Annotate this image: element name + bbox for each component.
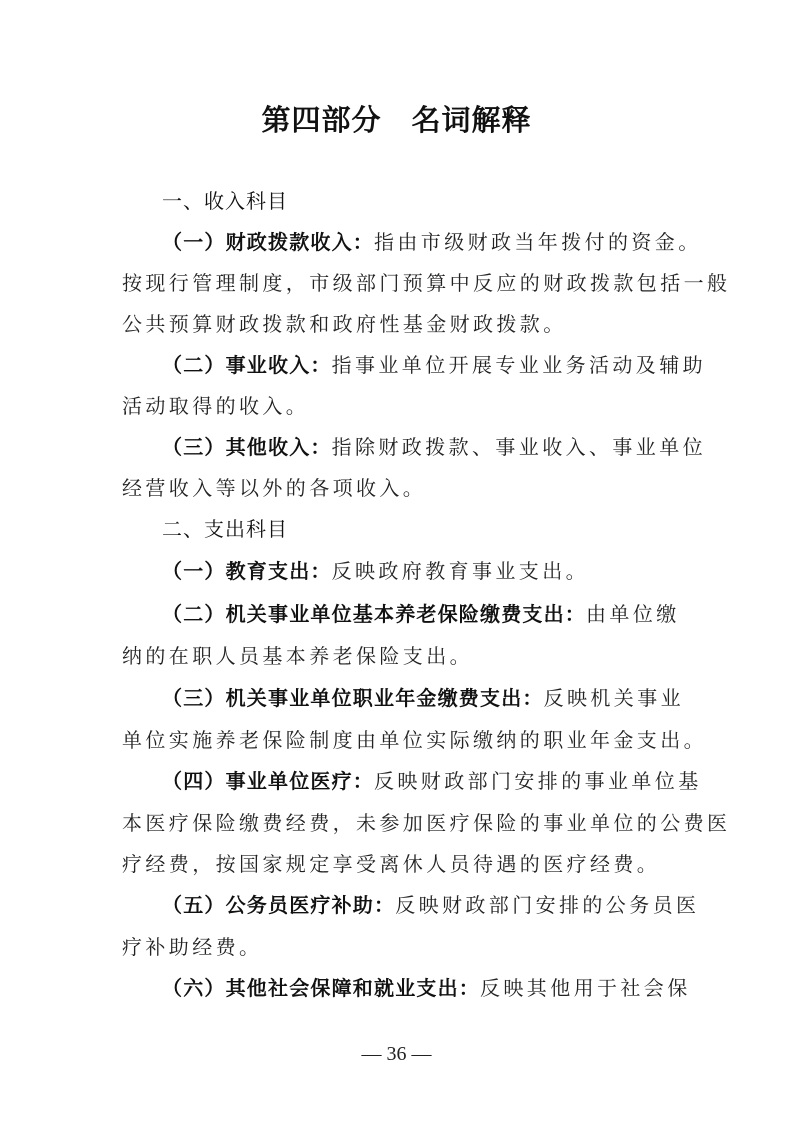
term-education-expenditure: （一）教育支出： <box>162 559 332 583</box>
definition-line: 纳的在职人员基本养老保险支出。 <box>122 642 674 670</box>
page-number: — 36 — <box>0 1043 793 1066</box>
definition-text: 指由市级财政当年拨付的资金。 <box>374 230 702 254</box>
definition-text: 反映机关事业 <box>544 686 684 710</box>
page-title: 第四部分名词解释 <box>0 98 793 139</box>
definition-line: 经营收入等以外的各项收入。 <box>122 474 674 502</box>
definition-line: （三）机关事业单位职业年金缴费支出：反映机关事业 <box>162 684 674 712</box>
definition-text: 反映其他用于社会保 <box>480 976 691 1000</box>
definition-line: 按现行管理制度，市级部门预算中反应的财政拨款包括一般 <box>122 269 674 297</box>
definition-line: （一）教育支出：反映政府教育事业支出。 <box>162 557 674 585</box>
definition-text: 指事业单位开展专业业务活动及辅助 <box>332 353 706 377</box>
definition-text: 由单位缴 <box>586 602 680 626</box>
term-civil-servant-medical-subsidy: （五）公务员医疗补助： <box>162 893 395 917</box>
title-name: 名词解释 <box>412 103 532 137</box>
definition-line: （三）其他收入：指除财政拨款、事业收入、事业单位 <box>162 433 674 461</box>
section-heading-expenditure: 二、支出科目 <box>162 515 674 543</box>
title-part: 第四部分 <box>261 103 381 137</box>
term-institution-medical: （四）事业单位医疗： <box>162 769 374 793</box>
term-other-income: （三）其他收入： <box>162 435 332 459</box>
definition-line: （二）机关事业单位基本养老保险缴费支出：由单位缴 <box>162 600 674 628</box>
section-heading-income: 一、收入科目 <box>162 187 674 215</box>
definition-text: 反映政府教育事业支出。 <box>332 559 589 583</box>
definition-text: 反映财政部门安排的公务员医 <box>395 893 699 917</box>
definition-line: 活动取得的收入。 <box>122 392 674 420</box>
term-business-income: （二）事业收入： <box>162 353 332 377</box>
definition-line: （五）公务员医疗补助：反映财政部门安排的公务员医 <box>162 891 674 919</box>
definition-text: 反映财政部门安排的事业单位基 <box>374 769 702 793</box>
term-fiscal-appropriation-income: （一）财政拨款收入： <box>162 230 374 254</box>
definition-text: 指除财政拨款、事业收入、事业单位 <box>332 435 706 459</box>
definition-line: （六）其他社会保障和就业支出：反映其他用于社会保 <box>162 974 674 1002</box>
definition-line: （四）事业单位医疗：反映财政部门安排的事业单位基 <box>162 767 674 795</box>
definition-line: （二）事业收入：指事业单位开展专业业务活动及辅助 <box>162 351 674 379</box>
definition-line: 本医疗保险缴费经费，未参加医疗保险的事业单位的公费医 <box>122 809 674 837</box>
definition-line: 公共预算财政拨款和政府性基金财政拨款。 <box>122 310 674 338</box>
document-page: 第四部分名词解释 一、收入科目 （一）财政拨款收入：指由市级财政当年拨付的资金。… <box>0 0 793 1122</box>
term-occupational-annuity-expenditure: （三）机关事业单位职业年金缴费支出： <box>162 686 544 710</box>
term-other-social-security-expenditure: （六）其他社会保障和就业支出： <box>162 976 480 1000</box>
definition-line: 单位实施养老保险制度由单位实际缴纳的职业年金支出。 <box>122 726 674 754</box>
definition-line: （一）财政拨款收入：指由市级财政当年拨付的资金。 <box>162 228 674 256</box>
definition-line: 疗补助经费。 <box>122 933 674 961</box>
term-pension-insurance-expenditure: （二）机关事业单位基本养老保险缴费支出： <box>162 602 586 626</box>
definition-line: 疗经费，按国家规定享受离休人员待遇的医疗经费。 <box>122 850 674 878</box>
